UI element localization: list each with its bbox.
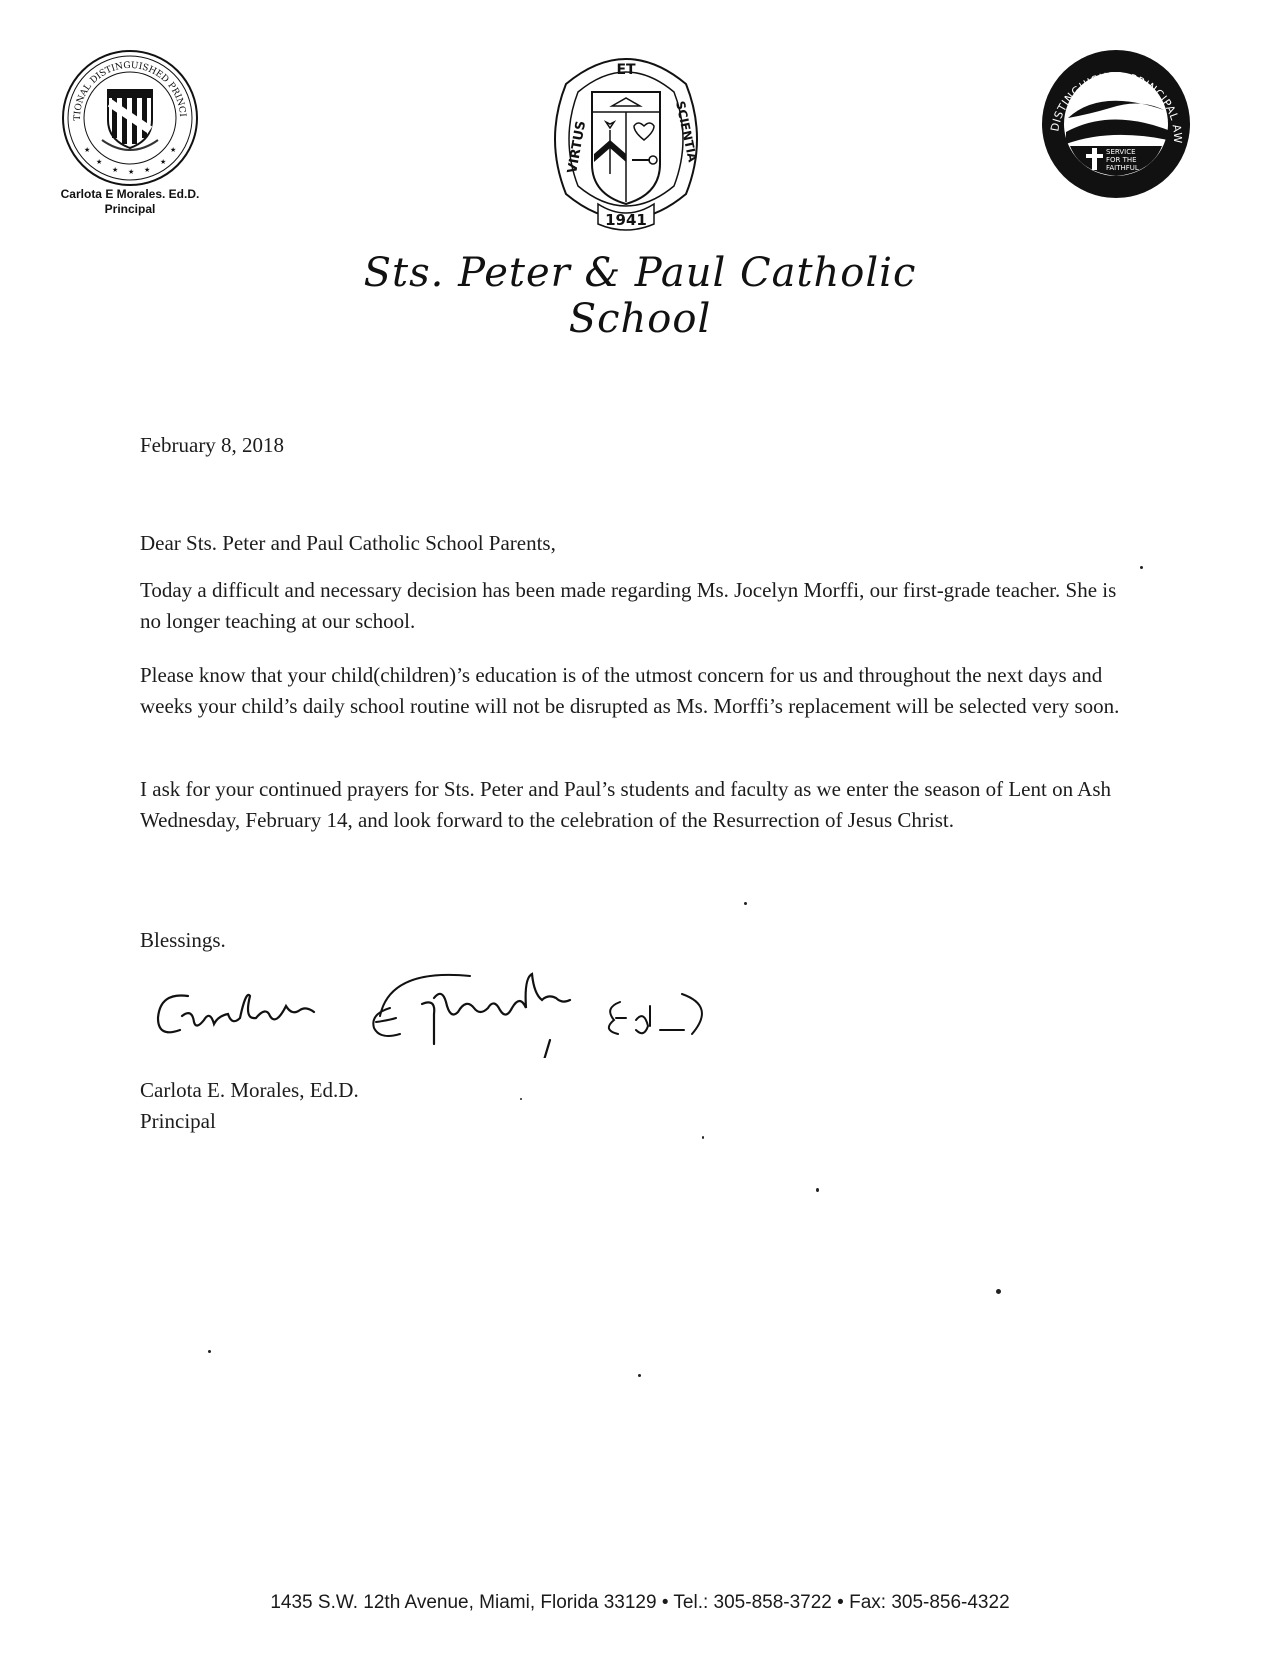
svg-text:★: ★ <box>112 166 118 174</box>
svg-text:FAITHFUL: FAITHFUL <box>1106 164 1139 172</box>
national-distinguished-principal-seal-icon: NATIONAL DISTINGUISHED PRINCIPAL ★★★★★★★ <box>60 48 200 188</box>
svg-text:ET: ET <box>616 62 636 78</box>
scan-speck <box>744 902 747 905</box>
letter-closing: Blessings. <box>140 925 1140 956</box>
svg-text:★: ★ <box>144 166 150 174</box>
svg-text:★: ★ <box>84 146 90 154</box>
scan-speck <box>816 1188 819 1192</box>
svg-text:FOR THE: FOR THE <box>1106 156 1137 164</box>
principal-caption: Carlota E Morales. Ed.D. Principal <box>30 187 230 217</box>
scan-speck <box>638 1374 641 1377</box>
principal-caption-name: Carlota E Morales. Ed.D. <box>30 187 230 202</box>
signer-name: Carlota E. Morales, Ed.D. <box>140 1075 1140 1106</box>
svg-text:SERVICE: SERVICE <box>1106 148 1136 156</box>
scan-speck <box>996 1289 1001 1294</box>
svg-text:1941: 1941 <box>605 211 647 229</box>
signer-title: Principal <box>140 1106 1140 1137</box>
letter-date: February 8, 2018 <box>140 430 1140 461</box>
scan-speck <box>702 1136 704 1139</box>
letter-paragraph: I ask for your continued prayers for Sts… <box>140 774 1140 836</box>
letter-paragraph: Please know that your child(children)’s … <box>140 660 1140 722</box>
letter-paragraph: Today a difficult and necessary decision… <box>140 575 1140 637</box>
ncea-distinguished-principal-award-seal-icon: NCEA DISTINGUISHED PRINCIPAL AWARD SERVI… <box>1040 48 1192 200</box>
scan-speck <box>208 1350 211 1353</box>
footer-address: 1435 S.W. 12th Avenue, Miami, Florida 33… <box>0 1592 1280 1614</box>
svg-text:★: ★ <box>160 158 166 166</box>
letter-salutation: Dear Sts. Peter and Paul Catholic School… <box>140 528 1140 559</box>
svg-text:★: ★ <box>170 146 176 154</box>
svg-text:★: ★ <box>128 168 134 176</box>
scan-speck <box>1140 566 1143 569</box>
svg-text:★: ★ <box>96 158 102 166</box>
school-crest-icon: ET VIRTUS SCIENTIA 1941 <box>536 44 716 234</box>
school-name-heading: Sts. Peter & Paul Catholic School <box>300 250 980 342</box>
handwritten-signature <box>150 968 770 1058</box>
principal-caption-title: Principal <box>30 202 230 217</box>
scan-speck <box>520 1098 522 1100</box>
